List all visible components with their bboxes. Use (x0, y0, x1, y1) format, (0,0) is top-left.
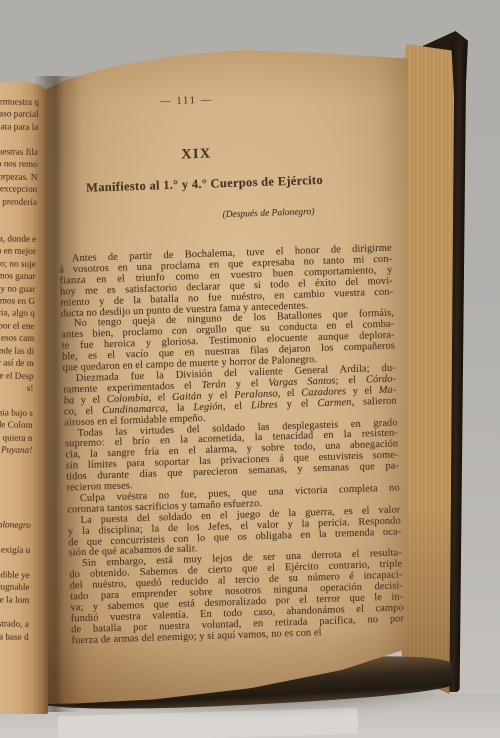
manifesto-title: Manifiesto al 1.° y 4.° Cuerpos de Ejérc… (32, 171, 376, 197)
photo-scene: — 111 — XIX Manifiesto al 1.° y 4.° Cuer… (0, 0, 500, 738)
left-page-fragments: demuestra qaso parcialalata para la nues… (0, 91, 39, 643)
body-text: Antes de partir de Bochalema, tuve el ho… (59, 244, 405, 647)
left-page: demuestra qaso parcialalata para la nues… (0, 82, 48, 714)
right-page: — 111 — XIX Manifiesto al 1.° y 4.° Cuer… (40, 50, 408, 704)
page-content: — 111 — XIX Manifiesto al 1.° y 4.° Cuer… (28, 44, 417, 710)
manifesto-subtitle: (Después de Palonegro) (183, 206, 353, 222)
chapter-heading: XIX (116, 144, 276, 165)
fragment-line: demuestra q (0, 91, 39, 108)
page-number: — 111 — (107, 93, 267, 109)
